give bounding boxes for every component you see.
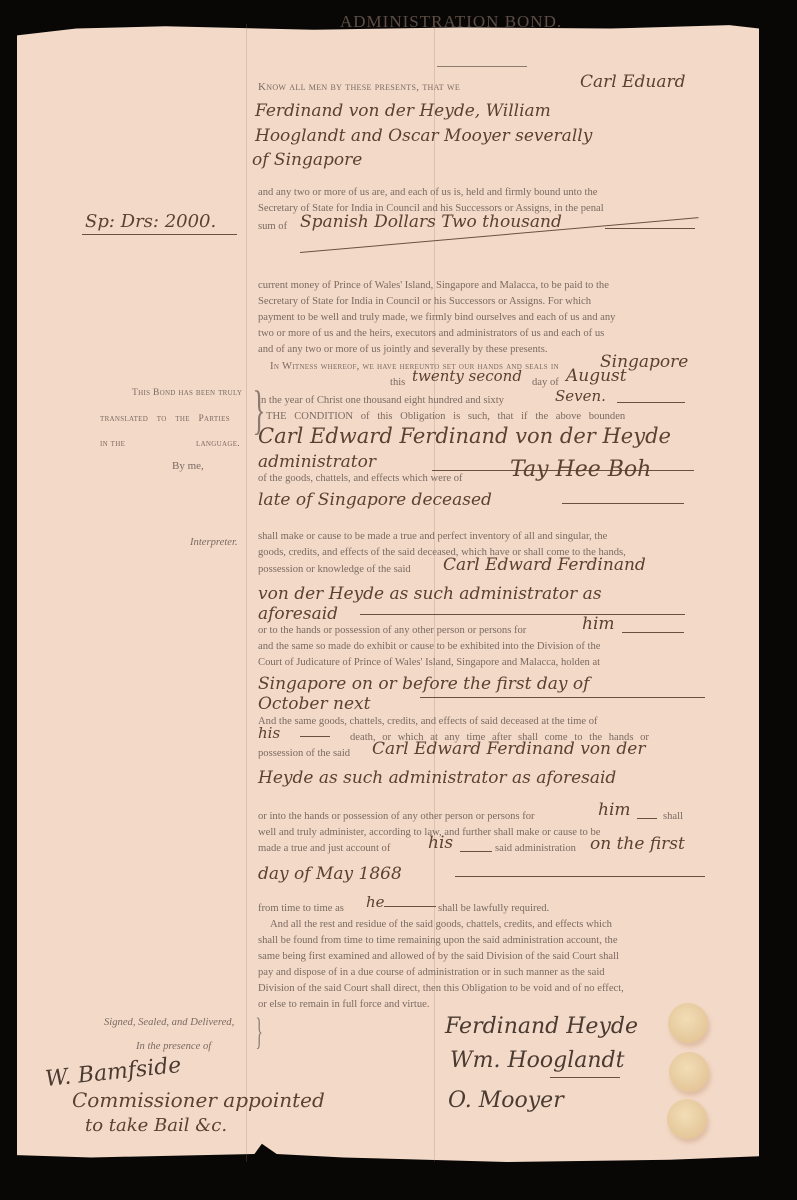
fill-rule bbox=[360, 614, 685, 615]
possession-label: possession of the said bbox=[258, 747, 350, 760]
wax-seal bbox=[669, 1052, 709, 1092]
sum-hw: Spanish Dollars Two thousand bbox=[300, 212, 562, 232]
fill-rule bbox=[455, 876, 705, 877]
holden-hw: Singapore on or before the first day of bbox=[258, 674, 589, 694]
knowledge-hw: von der Heyde as such administrator as bbox=[258, 584, 602, 604]
admin-date-hw: on the first bbox=[590, 834, 685, 854]
other-person-hw: him bbox=[582, 614, 615, 634]
wax-seal bbox=[667, 1099, 707, 1139]
translation-note: translated to the Parties bbox=[100, 413, 230, 426]
party-names-hw: Hooglandt and Oscar Mooyer severally bbox=[255, 126, 592, 146]
knowledge-hw: aforesaid bbox=[258, 604, 338, 624]
fill-rule bbox=[300, 736, 330, 737]
fill-rule bbox=[562, 503, 684, 504]
account-hw: his bbox=[428, 833, 453, 853]
account-label: made a true and just account of bbox=[258, 842, 390, 855]
fold-line bbox=[246, 24, 247, 1162]
wax-seal bbox=[668, 1003, 708, 1043]
into-hands-label: or into the hands or possession of any o… bbox=[258, 810, 535, 823]
sum-note-underline bbox=[82, 234, 237, 235]
title-rule bbox=[437, 66, 527, 67]
margin-sum-note: Sp: Drs: 2000. bbox=[85, 212, 216, 232]
deceased-desc-hw: late of Singapore deceased bbox=[258, 490, 492, 510]
day-hw: twenty second bbox=[412, 366, 522, 386]
fill-rule bbox=[637, 818, 657, 819]
in-presence-label: In the presence of bbox=[136, 1040, 211, 1053]
signature-mooyer: O. Mooyer bbox=[448, 1088, 564, 1113]
body-line: and any two or more of us are, and each … bbox=[258, 186, 598, 199]
condition-line: THE CONDITION of this Obligation is such… bbox=[266, 410, 625, 423]
his-hw: his bbox=[258, 723, 280, 743]
administrator-title-hw: administrator bbox=[258, 452, 376, 472]
sum-of-label: sum of bbox=[258, 220, 287, 233]
from-time-hw: he bbox=[366, 892, 385, 912]
translation-note: This Bond has been truly bbox=[132, 387, 242, 400]
fill-rule bbox=[384, 906, 436, 907]
signed-sealed-label: Signed, Sealed, and Delivered, bbox=[104, 1016, 234, 1029]
by-me-label: By me, bbox=[172, 460, 204, 473]
year-line: in the year of Christ one thousand eight… bbox=[258, 394, 504, 407]
fill-rule bbox=[622, 632, 684, 633]
body-line: And the same goods, chattels, credits, a… bbox=[258, 715, 598, 728]
signature-heyde: Ferdinand Heyde bbox=[445, 1014, 638, 1039]
fill-rule bbox=[617, 402, 685, 403]
month-hw: August bbox=[566, 366, 627, 386]
body-line: And all the rest and residue of the said… bbox=[270, 918, 612, 931]
document-title: ADMINISTRATION BOND. bbox=[340, 12, 562, 32]
deceased-name-hw: Tay Hee Boh bbox=[510, 460, 651, 480]
party-names-hw: Ferdinand von der Heyde, William bbox=[255, 101, 551, 121]
body-line: payment to be well and truly made, we fi… bbox=[258, 311, 615, 324]
body-line: two or more of us and the heirs, executo… bbox=[258, 327, 604, 340]
from-time-label: from time to time as bbox=[258, 902, 344, 915]
body-line: same being first examined and allowed of… bbox=[258, 950, 619, 963]
knowledge-hw: Carl Edward Ferdinand bbox=[443, 555, 646, 575]
body-line: Court of Judicature of Prince of Wales' … bbox=[258, 656, 600, 669]
opening-printed: Know all men by these presents, that we bbox=[258, 81, 460, 94]
body-line: pay and dispose of in a due course of ad… bbox=[258, 966, 605, 979]
signature-underline bbox=[550, 1077, 620, 1078]
interpreter-label: Interpreter. bbox=[190, 536, 238, 549]
required-label: shall be lawfully required. bbox=[438, 902, 549, 915]
witness-title-hw: Commissioner appointed bbox=[72, 1090, 325, 1110]
goods-of-label: of the goods, chattels, and effects whic… bbox=[258, 472, 463, 485]
possession-hw: Carl Edward Ferdinand von der bbox=[372, 739, 645, 759]
body-line: or else to remain in full force and virt… bbox=[258, 998, 430, 1011]
body-line: shall be found from time to time remaini… bbox=[258, 934, 618, 947]
possession-hw: Heyde as such administrator as aforesaid bbox=[258, 768, 616, 788]
party-names-hw: Carl Eduard bbox=[580, 72, 686, 92]
translation-note: in the bbox=[100, 438, 125, 451]
translation-note: language. bbox=[196, 438, 240, 451]
this-label: this bbox=[390, 376, 405, 389]
shall-label: shall bbox=[663, 810, 683, 823]
other-person-label: or to the hands or possession of any oth… bbox=[258, 624, 526, 637]
party-names-hw: of Singapore bbox=[252, 150, 362, 170]
body-line: current money of Prince of Wales' Island… bbox=[258, 279, 609, 292]
body-line: shall make or cause to be made a true an… bbox=[258, 530, 607, 543]
admin-date-hw: day of May 1868 bbox=[258, 864, 402, 884]
fill-rule bbox=[420, 697, 705, 698]
brace: } bbox=[255, 1012, 262, 1052]
into-hands-hw: him bbox=[598, 800, 631, 820]
witness-title-hw: to take Bail &c. bbox=[85, 1116, 227, 1136]
knowledge-label: possession or knowledge of the said bbox=[258, 563, 411, 576]
fill-rule bbox=[460, 851, 492, 852]
administrator-name-hw: Carl Edward Ferdinand von der Heyde bbox=[258, 426, 671, 446]
signature-hooglandt: Wm. Hooglandt bbox=[450, 1048, 624, 1073]
body-line: Division of the said Court shall direct,… bbox=[258, 982, 624, 995]
body-line: Secretary of State for India in Council … bbox=[258, 295, 591, 308]
year-hw: Seven. bbox=[555, 386, 606, 406]
body-line: and the same so made do exhibit or cause… bbox=[258, 640, 600, 653]
body-line: and of any two or more of us jointly and… bbox=[258, 343, 548, 356]
said-admin-label: said administration bbox=[495, 842, 576, 855]
holden-hw: October next bbox=[258, 694, 370, 714]
fill-rule bbox=[605, 228, 695, 229]
